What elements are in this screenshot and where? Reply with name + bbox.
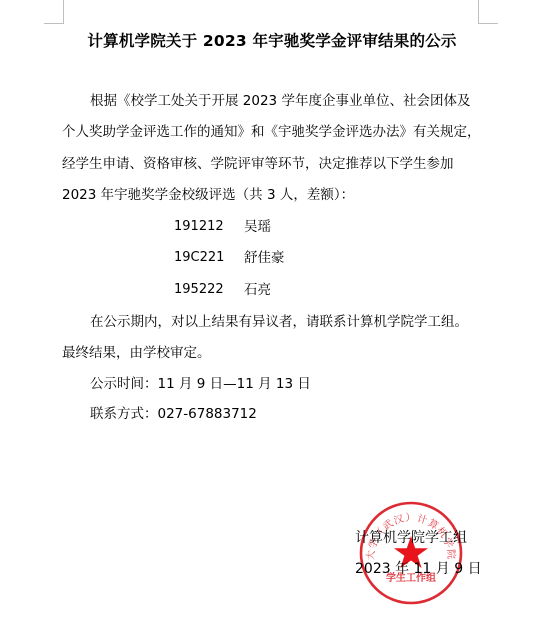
contact-info: 联系方式：027-67883712 [90,405,257,423]
paragraph-1-line-3: 经学生申请、资格审核、学院评审等环节，决定推荐以下学生参加 [62,155,454,173]
student-id: 19C221 [174,249,224,267]
publicity-time: 公示时间：11 月 9 日—11 月 13 日 [90,375,311,393]
student-name: 吴瑶 [244,218,271,236]
student-id: 191212 [174,218,224,236]
paragraph-1-line-2: 个人奖助学金评选工作的通知》和《宇驰奖学金评选办法》有关规定， [62,123,481,141]
signature-date: 2023 年 11 月 9 日 [355,560,482,578]
student-name: 石亮 [244,281,271,299]
paragraph-2-line-2: 最终结果，由学校审定。 [62,344,211,362]
official-seal-stamp-icon: 大学（武汉）计算机学院 学生工作组 [358,500,464,606]
student-id: 195222 [174,281,224,299]
margin-corner-mark-top-left [44,0,64,24]
student-name: 舒佳豪 [244,249,285,267]
margin-corner-mark-top-right [478,0,498,24]
paragraph-1-line-1: 根据《校学工处关于开展 2023 学年度企事业单位、社会团体及 [90,92,470,110]
paragraph-2-line-1: 在公示期内，对以上结果有异议者，请联系计算机学院学工组。 [90,313,468,331]
paragraph-1-line-4: 2023 年宇驰奖学金校级评选（共 3 人，差额）： [62,186,354,204]
document-title: 计算机学院关于 2023 年宇驰奖学金评审结果的公示 [0,29,544,51]
signature-organization: 计算机学院学工组 [355,529,467,547]
